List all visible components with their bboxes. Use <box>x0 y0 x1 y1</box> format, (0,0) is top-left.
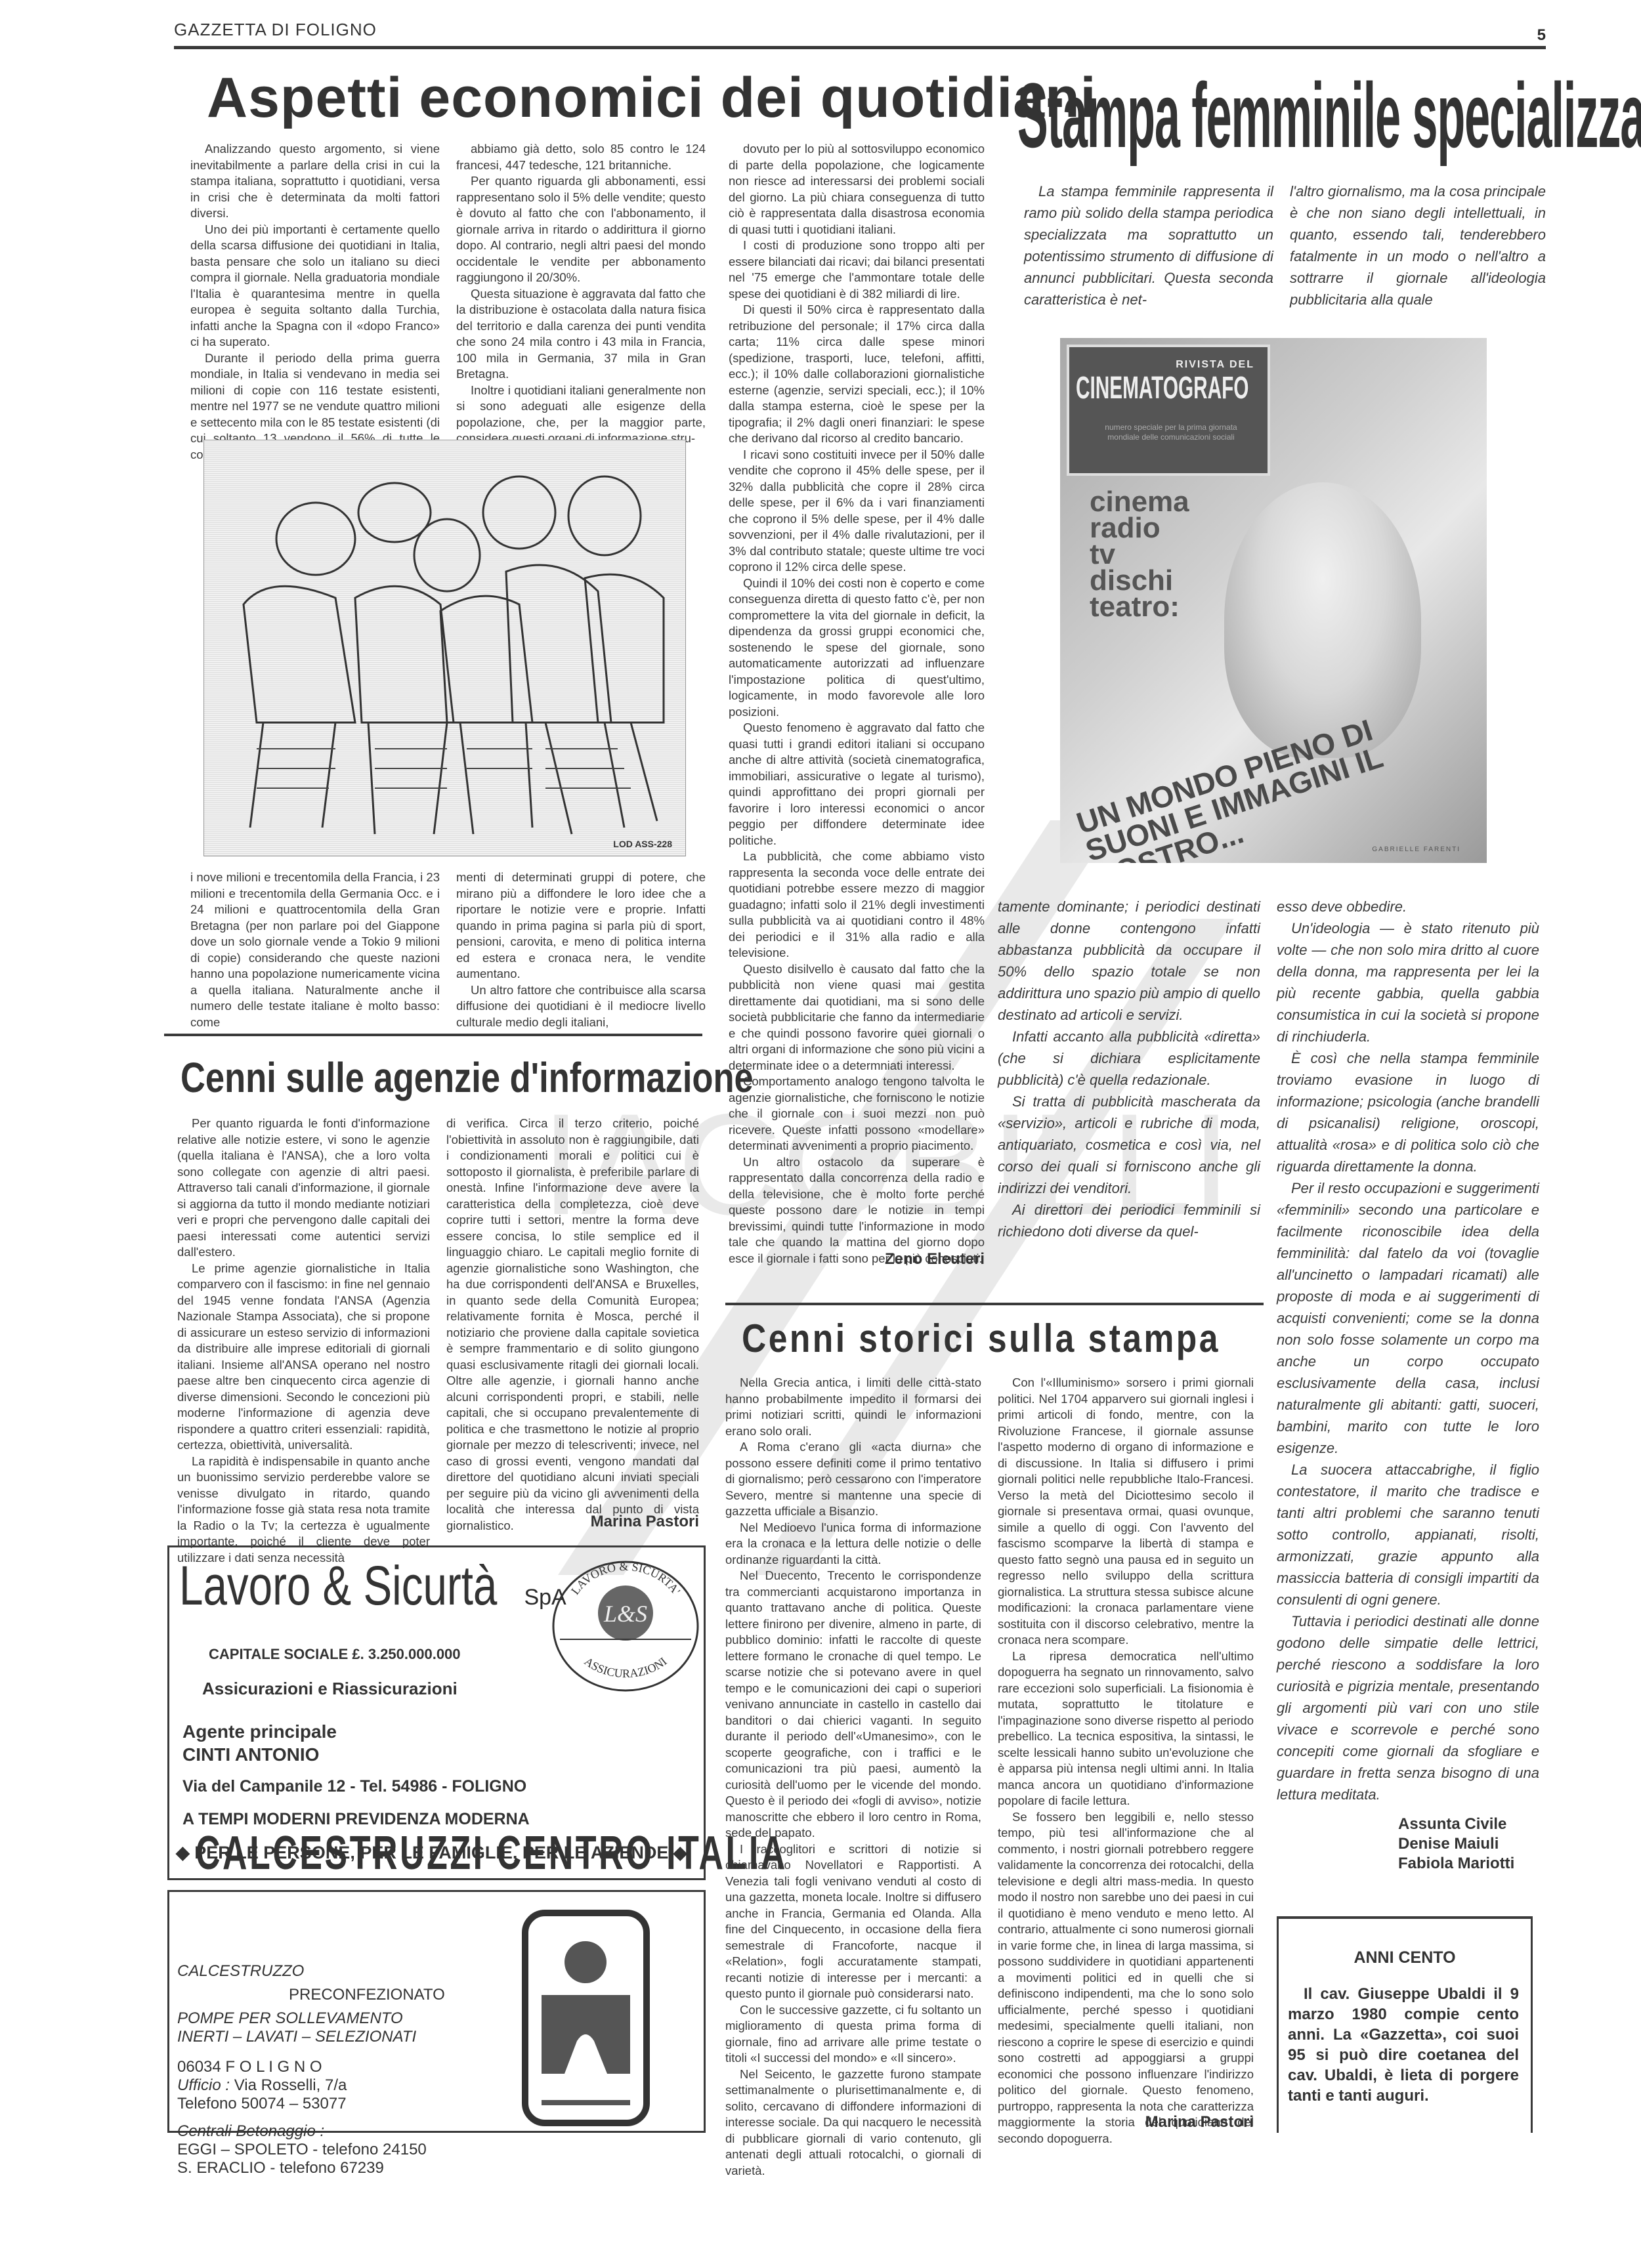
paragraph: menti di determinati gruppi di potere, c… <box>456 870 706 982</box>
insurance-capital: CAPITALE SOCIALE £. 3.250.000.000 <box>209 1646 461 1663</box>
byline-agencies: Marina Pastori <box>446 1513 699 1531</box>
paragraph: I ricavi sono costituiti invece per il 5… <box>729 447 985 576</box>
economics-col-2: abbiamo già detto, solo 85 contro le 124… <box>456 141 706 447</box>
paragraph: Analizzando questo argomento, si viene i… <box>190 141 440 222</box>
editorial-cartoon: LOD ASS-228 <box>203 440 686 856</box>
paragraph: di verifica. Circa il terzo criterio, po… <box>446 1116 699 1534</box>
history-col-1: Nella Grecia antica, i limiti delle citt… <box>725 1375 981 2179</box>
paragraph: Un altro fattore che contribuisce alla s… <box>456 982 706 1031</box>
headline-agencies: Cenni sulle agenzie d'informazione <box>181 1053 754 1102</box>
concrete-details: CALCESTRUZZO PRECONFEZIONATO POMPE PER S… <box>177 1962 492 2177</box>
women-intro-col-1: La stampa femminile rappresenta il ramo … <box>1024 180 1273 310</box>
paragraph: Questo disilvello è causato dal fatto ch… <box>729 961 985 1074</box>
paragraph: Comportamento analogo tengono talvolta l… <box>729 1074 985 1154</box>
economics-after-cartoon-col-1: i nove milioni e trecentomila della Fran… <box>190 870 440 1030</box>
paragraph: Questo fenomeno è aggravato dal fatto ch… <box>729 720 985 849</box>
masthead: GAZZETTA DI FOLIGNO 5 <box>174 20 1546 49</box>
magazine-tagline: cinema radio tv dischi teatro: <box>1090 489 1189 620</box>
economics-col-3: dovuto per lo più al sottosviluppo econo… <box>729 141 985 1267</box>
paragraph: La pubblicità, che come abbiamo visto ra… <box>729 849 985 961</box>
centenary-title: ANNI CENTO <box>1279 1948 1531 1967</box>
lavoro-sicurta-seal-logo: L&S LAVORO & SICURTA' ASSICURAZIONI <box>550 1557 701 1695</box>
headline-history: Cenni storici sulla stampa <box>742 1316 1220 1361</box>
cartoon-men-talking-illustration <box>204 440 686 856</box>
paragraph: Per quanto riguarda gli abbonamenti, ess… <box>456 173 706 286</box>
centenary-body: Il cav. Giuseppe Ubaldi il 9 marzo 1980 … <box>1288 1984 1519 2106</box>
section-divider <box>725 1303 1264 1305</box>
cartoon-signature: LOD ASS-228 <box>613 839 672 849</box>
insurance-services: Assicurazioni e Riassicurazioni <box>202 1679 458 1699</box>
paragraph: i nove milioni e trecentomila della Fran… <box>190 870 440 1030</box>
headline-economics: Aspetti economici dei quotidiani <box>207 66 1097 131</box>
newspaper-name: GAZZETTA DI FOLIGNO <box>174 20 377 40</box>
economics-col-1: Analizzando questo argomento, si viene i… <box>190 141 440 463</box>
paragraph: Le prime agenzie giornalistiche in Itali… <box>177 1261 430 1454</box>
paragraph: abbiamo già detto, solo 85 contro le 124… <box>456 141 706 173</box>
agent-name: CINTI ANTONIO <box>182 1744 319 1765</box>
magazine-masthead-box: RIVISTA DEL CINEMATOGRAFO numero special… <box>1067 345 1270 476</box>
svg-text:ASSICURAZIONI: ASSICURAZIONI <box>582 1654 670 1680</box>
paragraph: Uno dei più importanti è certamente quel… <box>190 222 440 350</box>
paragraph: I costi di produzione sono troppo alti p… <box>729 238 985 302</box>
magazine-cover-image: RIVISTA DEL CINEMATOGRAFO numero special… <box>1060 338 1487 863</box>
women-intro-col-2: l'altro giornalismo, ma la cosa principa… <box>1290 180 1546 310</box>
paragraph: Quindi il 10% dei costi non è coperto e … <box>729 576 985 721</box>
agent-label: Agente principale <box>182 1721 337 1742</box>
paragraph: Inoltre i quotidiani italiani generalmen… <box>456 383 706 447</box>
agent-address: Via del Campanile 12 - Tel. 54986 - FOLI… <box>182 1777 526 1796</box>
paragraph: Per quanto riguarda le fonti d'informazi… <box>177 1116 430 1261</box>
concrete-brand: CALCESTRUZZI CENTRO ITALIA <box>196 1826 788 1880</box>
agencies-col-1: Per quanto riguarda le fonti d'informazi… <box>177 1116 430 1566</box>
women-col-2: esso deve obbedire. Un'ideologia — è sta… <box>1277 896 1539 1805</box>
women-col-1: tamente dominante; i periodici destinati… <box>998 896 1260 1242</box>
history-col-2: Con l'«Illuminismo» sorsero i primi gior… <box>998 1375 1254 2147</box>
paragraph: dovuto per lo più al sottosviluppo econo… <box>729 141 985 238</box>
section-divider <box>164 1034 702 1036</box>
headline-women-press: Stampa femminile specializzata <box>1017 62 1641 169</box>
economics-after-cartoon-col-2: menti di determinati gruppi di potere, c… <box>456 870 706 1030</box>
paragraph: Questa situazione è aggravata dal fatto … <box>456 286 706 383</box>
insurance-brand: Lavoro & Sicurtà SpA <box>179 1554 566 1618</box>
centenary-box: ANNI CENTO Il cav. Giuseppe Ubaldi il 9 … <box>1277 1916 1533 2133</box>
paragraph: Di questi il 50% circa è rappresentato d… <box>729 302 985 447</box>
byline-history: Marina Pastori <box>998 2113 1254 2131</box>
calcestruzzi-logo <box>522 1910 650 2126</box>
svg-text:L&S: L&S <box>603 1601 647 1627</box>
byline-economics: Zeno Eleuteri <box>729 1250 985 1269</box>
agencies-col-2: di verifica. Circa il terzo criterio, po… <box>446 1116 699 1534</box>
diamond-icon: ◆ <box>176 1843 194 1862</box>
page-number: 5 <box>1537 26 1546 45</box>
bylines-women: Assunta Civile Denise Maiuli Fabiola Mar… <box>1398 1815 1529 1874</box>
